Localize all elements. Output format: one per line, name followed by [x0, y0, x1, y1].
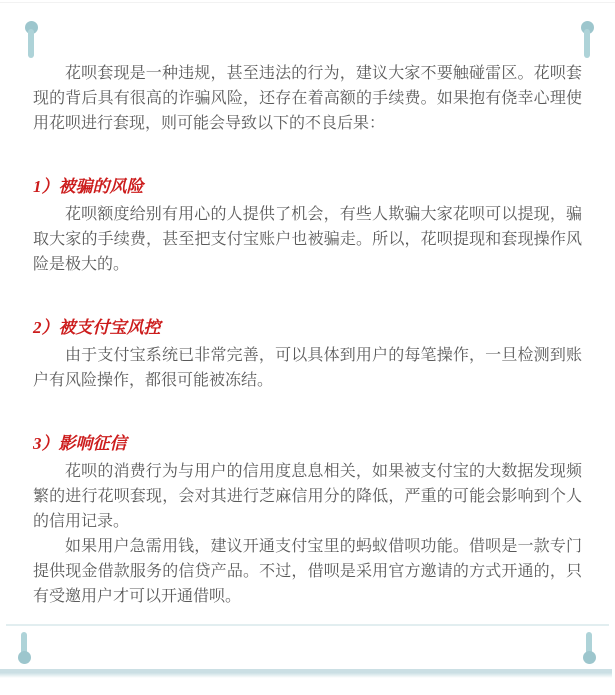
section-2-heading: 2）被支付宝风控 [33, 316, 582, 340]
article-body: 花呗套现是一种违规，甚至违法的行为，建议大家不要触碰雷区。花呗套现的背后具有很高… [0, 0, 615, 609]
footer-divider-lower [0, 669, 612, 678]
pushpin-ball [18, 651, 31, 664]
closing-paragraph: 如果用户急需用钱，建议开通支付宝里的蚂蚁借呗功能。借呗是一款专门提供现金借款服务… [33, 534, 582, 609]
intro-paragraph: 花呗套现是一种违规，甚至违法的行为，建议大家不要触碰雷区。花呗套现的背后具有很高… [33, 61, 582, 136]
section-1-heading: 1）被骗的风险 [33, 175, 582, 199]
article-page: 花呗套现是一种违规，甚至违法的行为，建议大家不要触碰雷区。花呗套现的背后具有很高… [0, 0, 615, 695]
section-1-paragraph: 花呗额度给别有用心的人提供了机会，有些人欺骗大家花呗可以提现，骗取大家的手续费，… [33, 202, 582, 277]
section-2-paragraph: 由于支付宝系统已非常完善，可以具体到用户的每笔操作，一旦检测到账户有风险操作，都… [33, 343, 582, 393]
pushpin-ball [583, 651, 596, 664]
pushpin-bottom-right-icon [582, 632, 596, 664]
pushpin-bottom-left-icon [17, 632, 31, 664]
footer-divider-upper [6, 624, 609, 626]
section-3-paragraph: 花呗的消费行为与用户的信用度息息相关，如果被支付宝的大数据发现频繁的进行花呗套现… [33, 459, 582, 534]
section-3-heading: 3）影响征信 [33, 432, 582, 456]
